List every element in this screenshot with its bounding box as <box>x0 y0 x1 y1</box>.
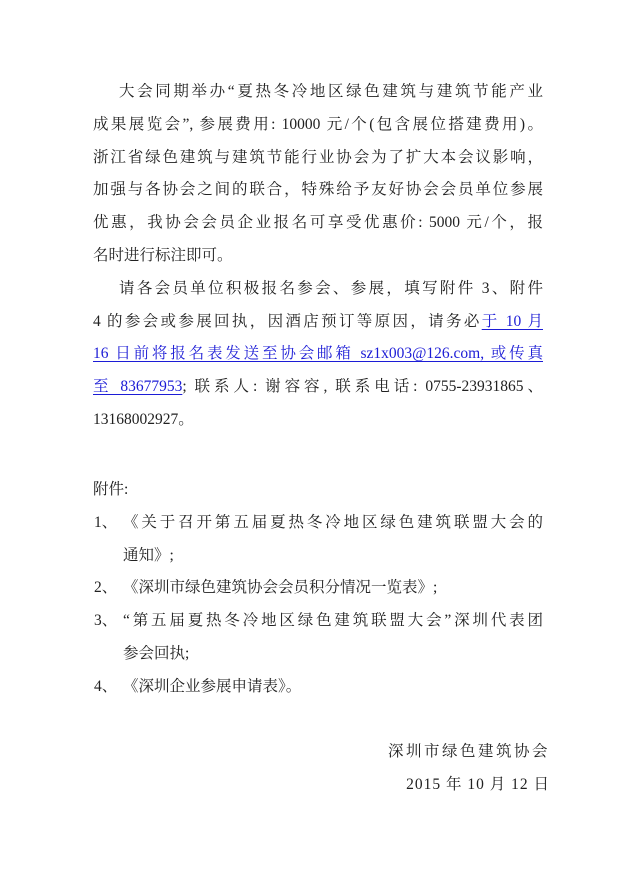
list-number: 1、 <box>94 507 117 540</box>
body-line: 13168002927。 <box>93 404 543 437</box>
body-line: 成果展览会”, 参展费用: 10000 元/个(包含展位搭建费用)。 <box>93 109 543 142</box>
letter-body: 大会同期举办“夏热冬冷地区绿色建筑与建筑节能产业 成果展览会”, 参展费用: 1… <box>93 76 543 437</box>
email-link[interactable]: 16 日前将报名表发送至协会邮箱 sz1x003@126.com, 或传真 <box>93 345 543 362</box>
fax-link[interactable]: 至 83677953 <box>93 378 182 395</box>
attachment-item: 4、 《深圳企业参展申请表》。 <box>93 671 543 704</box>
deadline-link[interactable]: 于 10 月 <box>482 313 543 330</box>
attachment-item-continued: 参会回执; <box>93 638 543 671</box>
attachments-heading: 附件: <box>93 474 543 507</box>
signature-block: 深圳市绿色建筑协会 2015 年 10 月 12 日 <box>388 736 550 802</box>
body-line: 浙江省绿色建筑与建筑节能行业协会为了扩大本会议影响， <box>93 142 543 175</box>
attachment-text: 《深圳企业参展申请表》。 <box>123 671 543 704</box>
list-number: 3、 <box>94 605 117 638</box>
signature-date: 2015 年 10 月 12 日 <box>388 769 550 802</box>
body-line: 优惠，我协会会员企业报名可享受优惠价: 5000 元/个，报 <box>93 207 543 240</box>
body-text: 4 的参会或参展回执，因酒店预订等原因，请务必 <box>93 313 482 330</box>
body-line: 16 日前将报名表发送至协会邮箱 sz1x003@126.com, 或传真 <box>93 338 543 371</box>
attachment-text: 《关于召开第五届夏热冬冷地区绿色建筑联盟大会的 <box>123 507 543 540</box>
document-page: 大会同期举办“夏热冬冷地区绿色建筑与建筑节能产业 成果展览会”, 参展费用: 1… <box>0 0 632 888</box>
attachment-text: 通知》; <box>123 540 543 573</box>
body-line: 4 的参会或参展回执，因酒店预订等原因，请务必于 10 月 <box>93 306 543 339</box>
list-number: 4、 <box>94 671 117 704</box>
attachment-item: 3、 “第五届夏热冬冷地区绿色建筑联盟大会”深圳代表团 <box>93 605 543 638</box>
attachment-text: 《深圳市绿色建筑协会会员积分情况一览表》; <box>123 572 543 605</box>
attachment-text: 参会回执; <box>123 638 543 671</box>
attachment-item-continued: 通知》; <box>93 540 543 573</box>
attachment-text: “第五届夏热冬冷地区绿色建筑联盟大会”深圳代表团 <box>123 605 543 638</box>
contact-text: ; 联系人: 谢容容, 联系电话: 0755-23931865、 <box>182 378 543 395</box>
body-line: 大会同期举办“夏热冬冷地区绿色建筑与建筑节能产业 <box>93 76 543 109</box>
list-number: 2、 <box>94 572 117 605</box>
attachment-item: 2、 《深圳市绿色建筑协会会员积分情况一览表》; <box>93 572 543 605</box>
signature-organization: 深圳市绿色建筑协会 <box>388 736 550 769</box>
body-line: 加强与各协会之间的联合，特殊给予友好协会会员单位参展 <box>93 174 543 207</box>
attachments-section: 附件: 1、 《关于召开第五届夏热冬冷地区绿色建筑联盟大会的 通知》; 2、 《… <box>93 474 543 704</box>
body-line: 请各会员单位积极报名参会、参展，填写附件 3、附件 <box>93 273 543 306</box>
body-line: 至 83677953; 联系人: 谢容容, 联系电话: 0755-2393186… <box>93 371 543 404</box>
attachment-item: 1、 《关于召开第五届夏热冬冷地区绿色建筑联盟大会的 <box>93 507 543 540</box>
body-line: 名时进行标注即可。 <box>93 240 543 273</box>
